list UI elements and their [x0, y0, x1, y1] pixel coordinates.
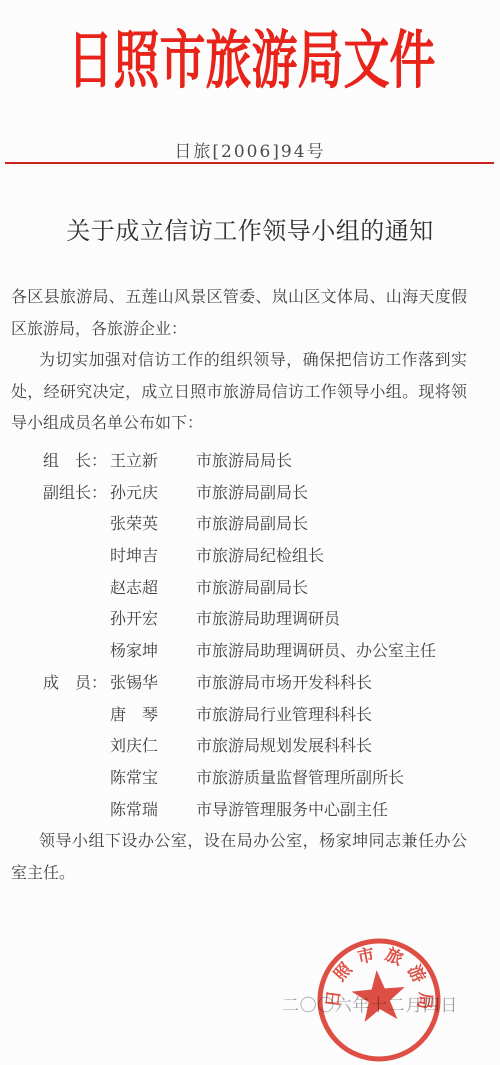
roster-name: 孙元庆	[110, 477, 196, 509]
roster-row: 成 员：张锡华市旅游局市场开发科科长	[11, 667, 467, 699]
closing-paragraph: 领导小组下设办公室，设在局办公室，杨家坤同志兼任办公室主任。	[11, 825, 467, 888]
roster-row: 赵志超市旅游局副局长	[11, 572, 467, 604]
header-divider-line	[5, 162, 494, 164]
roster-role-label	[43, 794, 110, 826]
roster-role-label	[43, 603, 110, 635]
roster-position: 市导游管理服务中心副主任	[196, 794, 467, 826]
roster-row: 时坤吉市旅游局纪检组长	[11, 540, 467, 572]
document-title: 关于成立信访工作领导小组的通知	[0, 211, 500, 246]
roster-role-label	[43, 572, 110, 604]
roster-role-label	[43, 508, 110, 540]
roster-role-label: 副组长：	[43, 477, 110, 509]
roster-role-label	[43, 730, 110, 762]
roster-name: 杨家坤	[110, 635, 196, 667]
roster-row: 杨家坤市旅游局助理调研员、办公室主任	[11, 635, 467, 667]
roster-name: 张荣英	[110, 508, 196, 540]
roster-row: 唐 琴市旅游局行业管理科科长	[11, 699, 467, 731]
roster-row: 孙开宏市旅游局助理调研员	[11, 603, 467, 635]
roster-position: 市旅游局助理调研员、办公室主任	[196, 635, 467, 667]
roster-position: 市旅游局副局长	[196, 477, 467, 509]
roster-position: 市旅游局纪检组长	[196, 540, 467, 572]
roster-row: 陈常瑞市导游管理服务中心副主任	[11, 794, 467, 826]
roster-row: 副组长：孙元庆市旅游局副局长	[11, 477, 467, 509]
roster-name: 时坤吉	[110, 540, 196, 572]
leading-group-roster: 组 长：王立新市旅游局局长 副组长：孙元庆市旅游局副局长 张荣英市旅游局副局长 …	[11, 445, 467, 825]
roster-name: 张锡华	[110, 667, 196, 699]
issuing-org-title: 日照市旅游局文件	[68, 22, 433, 98]
roster-position: 市旅游局局长	[196, 445, 467, 477]
roster-position: 市旅游局副局长	[196, 508, 467, 540]
roster-name: 王立新	[110, 445, 196, 477]
roster-row: 张荣英市旅游局副局长	[11, 508, 467, 540]
roster-position: 市旅游局市场开发科科长	[196, 667, 467, 699]
roster-role-label: 成 员：	[43, 667, 110, 699]
roster-position: 市旅游局规划发展科科长	[196, 730, 467, 762]
roster-name: 陈常瑞	[110, 794, 196, 826]
roster-position: 市旅游局行业管理科科长	[196, 699, 467, 731]
roster-role-label	[43, 699, 110, 731]
roster-role-label	[43, 762, 110, 794]
roster-role-label	[43, 540, 110, 572]
roster-row: 陈常宝市旅游质量监督管理所副所长	[11, 762, 467, 794]
seal-star-icon	[350, 968, 407, 1023]
official-seal: 日照市旅游局	[314, 935, 444, 1065]
document-body: 各区县旅游局、五莲山风景区管委、岚山区文体局、山海天度假区旅游局，各旅游企业： …	[11, 281, 467, 889]
addressee-paragraph: 各区县旅游局、五莲山风景区管委、岚山区文体局、山海天度假区旅游局，各旅游企业：	[11, 281, 467, 344]
intro-paragraph: 为切实加强对信访工作的组织领导，确保把信访工作落到实处，经研究决定，成立日照市旅…	[11, 344, 467, 439]
roster-role-label	[43, 635, 110, 667]
document-number: 日旅[2006]94号	[0, 137, 500, 162]
roster-name: 刘庆仁	[110, 730, 196, 762]
roster-position: 市旅游质量监督管理所副所长	[196, 762, 467, 794]
document-page: 日照市旅游局文件 日旅[2006]94号 关于成立信访工作领导小组的通知 各区县…	[0, 0, 500, 1065]
roster-name: 唐 琴	[110, 699, 196, 731]
roster-position: 市旅游局副局长	[196, 572, 467, 604]
roster-row: 刘庆仁市旅游局规划发展科科长	[11, 730, 467, 762]
roster-role-label: 组 长：	[43, 445, 110, 477]
roster-name: 赵志超	[110, 572, 196, 604]
roster-position: 市旅游局助理调研员	[196, 603, 467, 635]
roster-name: 孙开宏	[110, 603, 196, 635]
roster-row: 组 长：王立新市旅游局局长	[11, 445, 467, 477]
roster-name: 陈常宝	[110, 762, 196, 794]
